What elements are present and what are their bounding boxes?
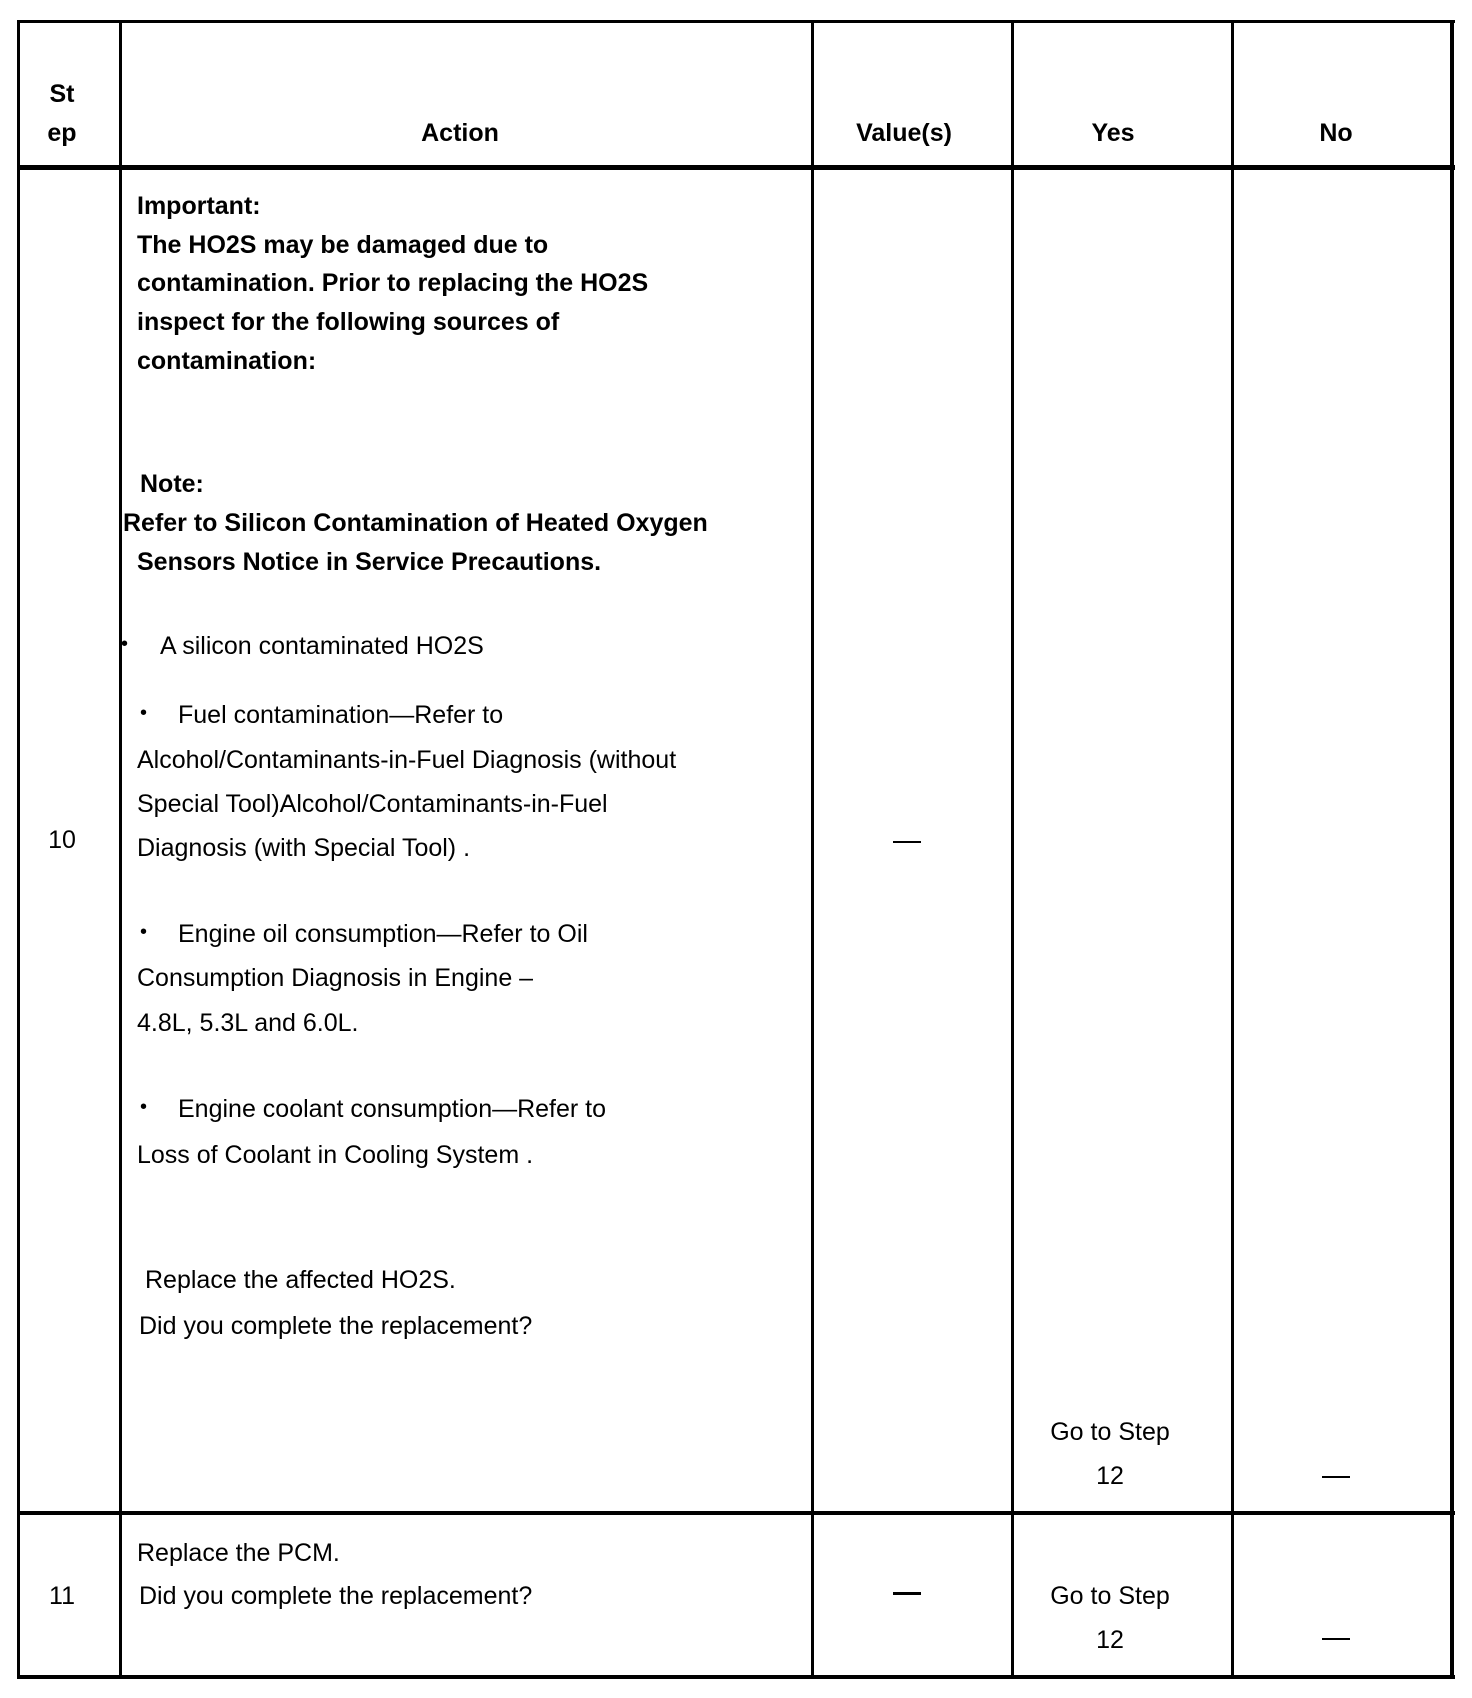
question-text: Did you complete the replacement? — [139, 1314, 532, 1339]
important-label: Important: — [137, 194, 261, 219]
yes-goto-step-number[interactable]: 12 — [1096, 1464, 1124, 1489]
step-action-divider — [119, 20, 122, 1679]
table-top-border — [17, 20, 1455, 23]
header-yes: Yes — [1091, 121, 1134, 146]
bullet-icon: • — [140, 703, 147, 723]
instruction-text: Replace the affected HO2S. — [145, 1268, 456, 1293]
bullet-icon: • — [140, 922, 147, 942]
yes-no-divider — [1231, 20, 1234, 1679]
important-text: inspect for the following sources of — [137, 310, 559, 335]
table-left-border — [17, 20, 20, 1679]
bullet-text: A silicon contaminated HO2S — [160, 634, 484, 659]
row-10-bottom-border — [17, 1511, 1455, 1515]
bullet-text: Consumption Diagnosis in Engine – — [137, 966, 533, 991]
yes-goto-step[interactable]: Go to Step — [1050, 1420, 1170, 1445]
note-text: Refer to Silicon Contamination of Heated… — [123, 511, 708, 536]
note-label: Note: — [140, 472, 204, 497]
bullet-text: Engine coolant consumption—Refer to — [178, 1097, 606, 1122]
header-bottom-border — [17, 165, 1455, 170]
yes-goto-step[interactable]: Go to Step — [1050, 1584, 1170, 1609]
bullet-text: Fuel contamination—Refer to — [178, 703, 503, 728]
note-text: Sensors Notice in Service Precautions. — [137, 550, 601, 575]
header-action: Action — [421, 121, 499, 146]
step-number: 10 — [48, 828, 76, 853]
values-dash — [893, 1592, 921, 1595]
header-step: St — [50, 82, 75, 107]
important-text: contamination. Prior to replacing the HO… — [137, 271, 648, 296]
yes-goto-step-number[interactable]: 12 — [1096, 1628, 1124, 1653]
important-text: The HO2S may be damaged due to — [137, 233, 548, 258]
bullet-text: Alcohol/Contaminants-in-Fuel Diagnosis (… — [137, 748, 676, 773]
instruction-text: Replace the PCM. — [137, 1541, 340, 1566]
bullet-text: Diagnosis (with Special Tool) . — [137, 836, 470, 861]
action-values-divider — [811, 20, 814, 1679]
bullet-text: Special Tool)Alcohol/Contaminants-in-Fue… — [137, 792, 608, 817]
table-bottom-border — [17, 1675, 1455, 1679]
bullet-text: 4.8L, 5.3L and 6.0L. — [137, 1011, 358, 1036]
important-text: contamination: — [137, 349, 316, 374]
values-dash — [893, 841, 921, 843]
values-yes-divider — [1011, 20, 1014, 1679]
header-step-cont: ep — [47, 121, 76, 146]
bullet-icon: • — [140, 1097, 147, 1117]
bullet-text: Loss of Coolant in Cooling System . — [137, 1143, 533, 1168]
no-dash — [1322, 1476, 1350, 1478]
bullet-icon: • — [121, 634, 128, 654]
table-right-border — [1450, 20, 1454, 1679]
step-number: 11 — [49, 1584, 75, 1609]
question-text: Did you complete the replacement? — [139, 1584, 532, 1609]
header-no: No — [1319, 121, 1352, 146]
header-values: Value(s) — [856, 121, 952, 146]
no-dash — [1322, 1638, 1350, 1640]
bullet-text: Engine oil consumption—Refer to Oil — [178, 922, 588, 947]
